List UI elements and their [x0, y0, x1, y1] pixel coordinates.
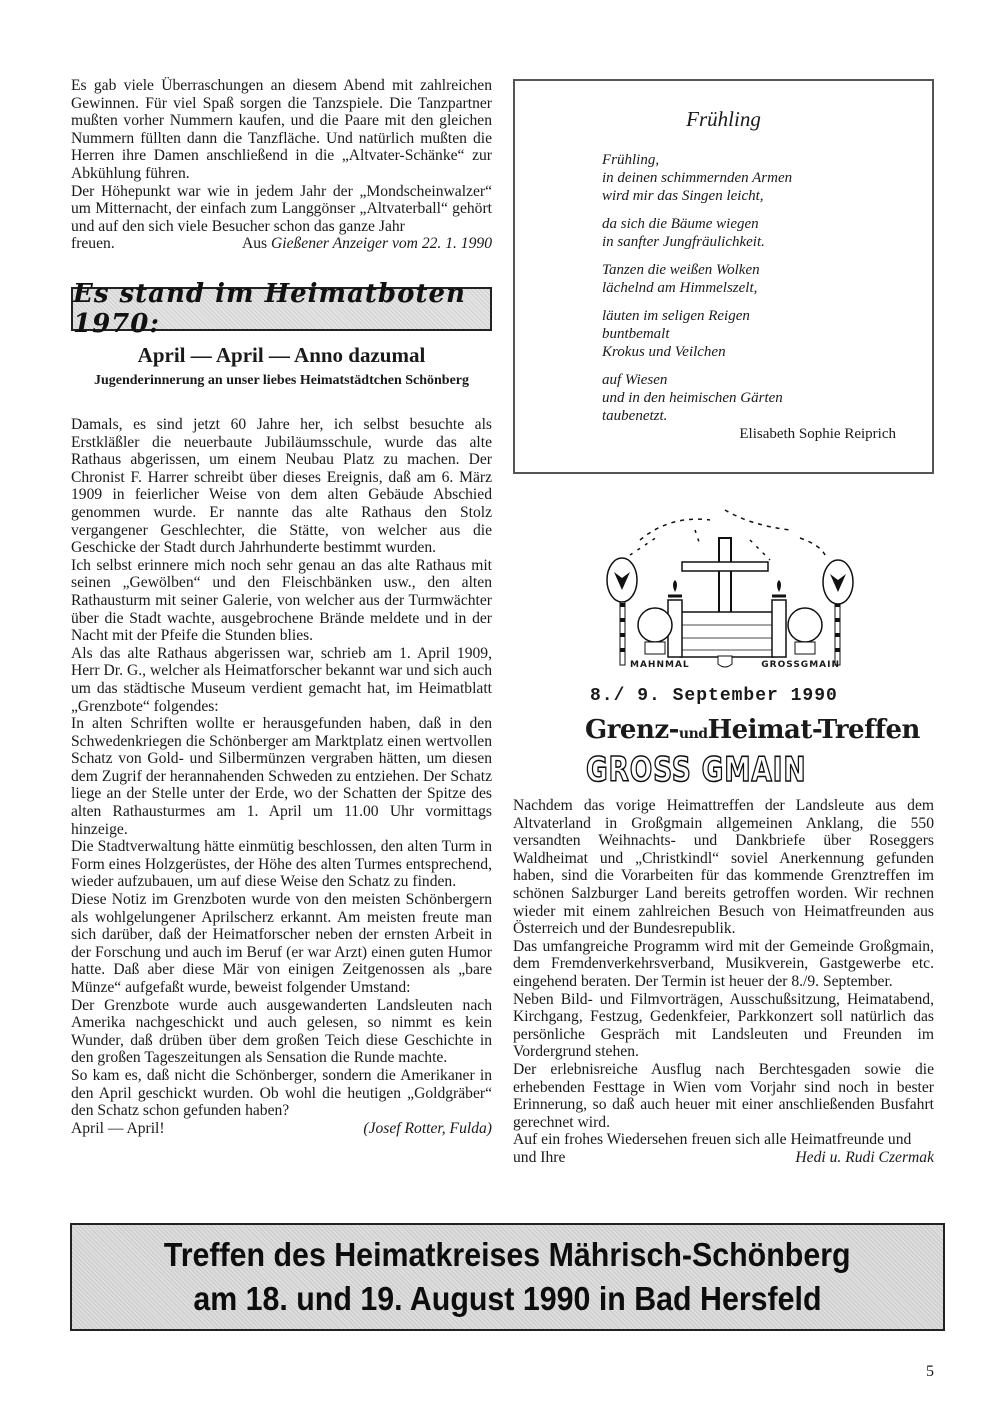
article-paragraph: Der Grenzbote wurde auch ausgewanderten … — [71, 997, 492, 1067]
page-number: 5 — [926, 1363, 934, 1381]
event-paragraph: Der erlebnisreiche Ausflug nach Berchtes… — [513, 1061, 934, 1131]
source-citation: Gießener Anzeiger vom 22. 1. 1990 — [271, 235, 492, 252]
intro-paragraph: Der Höhepunkt war wie in jedem Jahr der … — [71, 183, 492, 236]
poem-body: Frühling, in deinen schimmernden Armen w… — [602, 151, 792, 435]
heimatboten-banner: Es stand im Heimatboten 1970: — [71, 287, 492, 331]
event-signature: Hedi u. Rudi Czermak — [795, 1149, 934, 1167]
article-closing: April — April! (Josef Rotter, Fulda) — [71, 1120, 492, 1138]
article-subtitle: Jugenderinnerung an unser liebes Heimats… — [71, 373, 492, 389]
intro-source-line: freuen. Aus Gießener Anzeiger vom 22. 1.… — [71, 235, 492, 253]
event-signature-line: und Ihre Hedi u. Rudi Czermak — [513, 1149, 934, 1167]
poem-stanza: läuten im seligen Reigen buntbemalt Krok… — [602, 307, 792, 361]
meeting-announcement-banner: Treffen des Heimatkreises Mährisch-Schön… — [70, 1223, 945, 1331]
article-paragraph: Diese Notiz im Grenzboten wurde von den … — [71, 891, 492, 997]
event-paragraph: Das umfangreiche Programm wird mit der G… — [513, 938, 934, 991]
event-paragraph: Auf ein frohes Wiedersehen freuen sich a… — [513, 1131, 934, 1149]
banner-line-1: Treffen des Heimatkreises Mährisch-Schön… — [164, 1233, 851, 1277]
article-paragraph: Als das alte Rathaus abgerissen war, sch… — [71, 645, 492, 715]
event-headline: Grenz-undHeimat-Treffen — [585, 715, 920, 745]
poem-stanza: Frühling, in deinen schimmernden Armen w… — [602, 151, 792, 205]
event-paragraph: Nachdem das vorige Heimattreffen der Lan… — [513, 797, 934, 938]
intro-paragraph: Es gab viele Überraschungen an diesem Ab… — [71, 77, 492, 183]
poem-stanza: da sich die Bäume wiegen in sanfter Jung… — [602, 215, 792, 251]
banner-line-2: am 18. und 19. August 1990 in Bad Hersfe… — [193, 1277, 821, 1321]
event-article: Nachdem das vorige Heimattreffen der Lan… — [513, 797, 934, 1166]
poem-title: Frühling — [515, 107, 932, 132]
article-paragraph: Die Stadtverwaltung hätte einmütig besch… — [71, 838, 492, 891]
intro-article: Es gab viele Überraschungen an diesem Ab… — [71, 77, 492, 253]
illustration-caption: MAHNMAL GROSSGMAIN — [630, 660, 840, 670]
article-paragraph: Damals, es sind jetzt 60 Jahre her, ich … — [71, 416, 492, 557]
article-title: April — April — Anno dazumal — [71, 343, 492, 367]
article-paragraph: Ich selbst erinnere mich noch sehr genau… — [71, 557, 492, 645]
poem-author: Elisabeth Sophie Reiprich — [739, 426, 896, 443]
event-paragraph: Neben Bild- und Filmvorträgen, Ausschußs… — [513, 991, 934, 1061]
article-body: Damals, es sind jetzt 60 Jahre her, ich … — [71, 416, 492, 1137]
poem-box: Frühling Frühling, in deinen schimmernde… — [513, 79, 934, 474]
event-date: 8./ 9. September 1990 — [590, 686, 838, 706]
article-author: (Josef Rotter, Fulda) — [363, 1120, 492, 1138]
article-paragraph: So kam es, daß nicht die Schönberger, so… — [71, 1067, 492, 1120]
poem-stanza: Tanzen die weißen Wolken lächelnd am Him… — [602, 261, 792, 297]
poem-stanza: auf Wiesen und in den heimischen Gärten … — [602, 371, 792, 425]
event-place: GROSS GMAIN — [586, 752, 806, 788]
article-paragraph: In alten Schriften wollte er herausgefun… — [71, 715, 492, 838]
memorial-illustration — [600, 500, 860, 670]
